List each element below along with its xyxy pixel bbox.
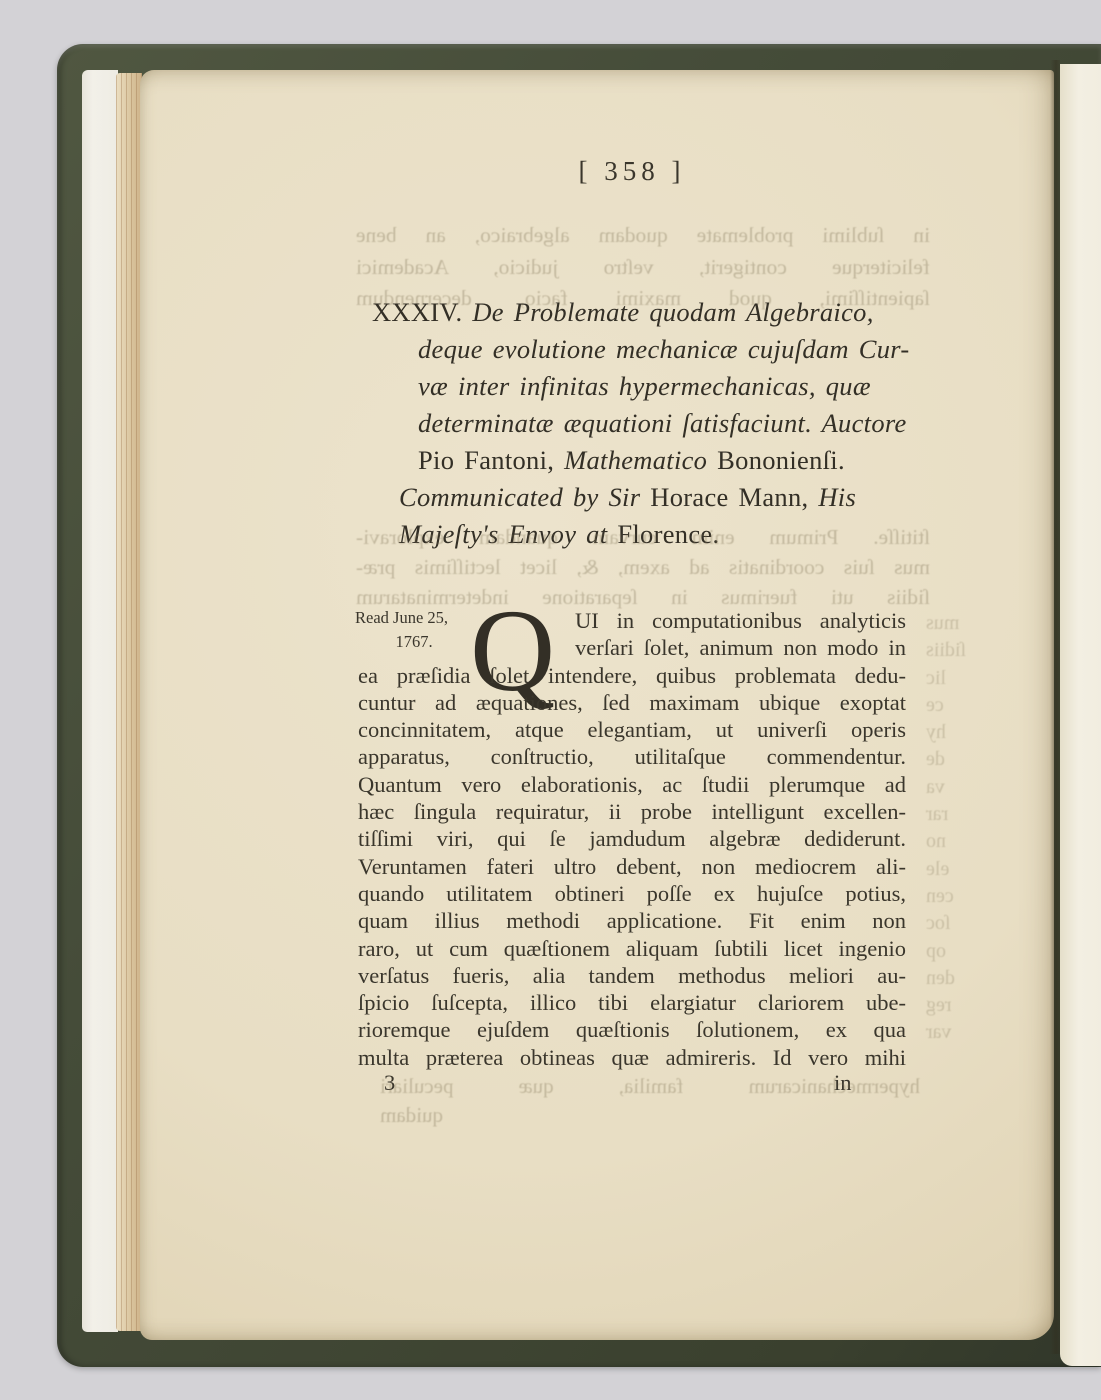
heading-segment: His (818, 482, 856, 512)
body-line: tiſſimi viri, qui ſe jamdudum algebræ de… (358, 825, 906, 852)
bleedthrough-line: mus ſuis coordinatis ad axem, &, licet l… (356, 552, 930, 582)
body-text: UI in computationibus analyticisverſari … (358, 607, 906, 1071)
bleedthrough-fragment: cen (926, 883, 1006, 910)
bleedthrough-fragment: ſidiis (926, 637, 1006, 664)
heading-segment: deque evolutione mechanicæ cujuſdam Cur- (418, 334, 910, 364)
bleedthrough-fragment: mus (926, 610, 1006, 637)
body-line: hæc ſingula requiratur, ii probe intelli… (358, 798, 906, 825)
bleedthrough-fragment: ſoc (926, 910, 1006, 937)
bleedthrough-fragment: lic (926, 665, 1006, 692)
bleedthrough-fragment: den (926, 965, 1006, 992)
body-line: quam illius methodi applicatione. Fit en… (358, 907, 906, 934)
gutter-shadow (1050, 60, 1060, 1354)
body-line: verſari ſolet, animum non modo in (358, 634, 906, 661)
heading-segment: XXXIV. (372, 297, 472, 327)
bleedthrough-fragment: de (926, 746, 1006, 773)
heading-segment: Bononienſi. (717, 445, 845, 475)
heading-segment: Horace Mann, (650, 482, 818, 512)
bleedthrough-line: hypermechanicarum familia, quæ peculiari (380, 1072, 920, 1101)
body-line: ſpicio ſuſcepta, illico tibi elargiatur … (358, 989, 906, 1016)
page-stack-edges (116, 73, 142, 1331)
bleedthrough-line: feliciterque contigerit, veſtro judicio,… (356, 252, 930, 284)
body-line: verſatus fueris, alia tandem methodus me… (358, 962, 906, 989)
body-line: rioremque ejuſdem quæſtionis ſolutionem,… (358, 1016, 906, 1043)
body-line: UI in computationibus analyticis (358, 607, 906, 634)
endpaper-edge (82, 70, 118, 1332)
heading-line: Pio Fantoni, Mathematico Bononienſi. (372, 442, 924, 479)
bleedthrough-line: in ſublimi problemate quodam algebraico,… (356, 220, 930, 252)
bleedthrough-right-margin: musſidiisliccehydevararnoelecenſocopdenr… (926, 610, 1006, 1047)
bleedthrough-fragment: var (926, 1019, 1006, 1046)
bleedthrough-fragment: ele (926, 856, 1006, 883)
body-line: multa præterea obtineas quæ admireris. I… (358, 1044, 906, 1071)
bleedthrough-fragment: hy (926, 719, 1006, 746)
heading-line: deque evolutione mechanicæ cujuſdam Cur- (372, 331, 924, 368)
body-line: ea præſidia ſolet intendere, quibus prob… (358, 662, 906, 689)
bleedthrough-line: quidam (380, 1101, 920, 1130)
bleedthrough-fragment: reg (926, 992, 1006, 1019)
book-page: in ſublimi problemate quodam algebraico,… (140, 70, 1054, 1340)
body-line: quando utilitatem obtineri poſſe ex huju… (358, 880, 906, 907)
bleedthrough-fragment: no (926, 828, 1006, 855)
body-line: raro, ut cum quæſtionem aliquam ſubtili … (358, 935, 906, 962)
bleedthrough-fragment: rar (926, 801, 1006, 828)
bleedthrough-fragment: va (926, 774, 1006, 801)
bleedthrough-text-middle: ſtitiſſe. Primum enim curvam quandam exp… (356, 522, 930, 612)
heading-line: Communicated by Sir Horace Mann, His (372, 479, 924, 516)
body-line: Veruntamen fateri ultro debent, non medi… (358, 853, 906, 880)
heading-segment: væ inter infinitas hypermechanicas, quæ (418, 371, 871, 401)
body-line: Quantum vero elaborationis, ac ſtudii pl… (358, 771, 906, 798)
bleedthrough-line: ſtitiſſe. Primum enim curvam quandam exp… (356, 522, 930, 552)
body-line: cuntur ad æquationes, ſed maximam ubique… (358, 689, 906, 716)
heading-segment: determinatæ æquationi ſatisfaciunt. Auct… (418, 408, 907, 438)
bleedthrough-fragment: op (926, 938, 1006, 965)
heading-line: XXXIV. De Problemate quodam Algebraico, (372, 294, 924, 331)
body-line: apparatus, conſtructio, utilitaſque comm… (358, 743, 906, 770)
bleedthrough-text-bottom: hypermechanicarum familia, quæ peculiari… (380, 1072, 920, 1130)
page-number: [ 358 ] (358, 156, 906, 187)
photo-background: in ſublimi problemate quodam algebraico,… (0, 0, 1101, 1400)
heading-segment: De Problemate quodam Algebraico, (472, 297, 873, 327)
body-line: concinnitatem, atque elegantiam, ut univ… (358, 716, 906, 743)
facing-page-sliver (1060, 64, 1101, 1366)
heading-segment: Pio Fantoni, (418, 445, 564, 475)
article-heading: XXXIV. De Problemate quodam Algebraico,d… (372, 294, 924, 553)
heading-segment: Communicated by Sir (399, 482, 650, 512)
heading-line: determinatæ æquationi ſatisfaciunt. Auct… (372, 405, 924, 442)
heading-line: væ inter infinitas hypermechanicas, quæ (372, 368, 924, 405)
bleedthrough-fragment: ce (926, 692, 1006, 719)
heading-segment: Mathematico (564, 445, 717, 475)
